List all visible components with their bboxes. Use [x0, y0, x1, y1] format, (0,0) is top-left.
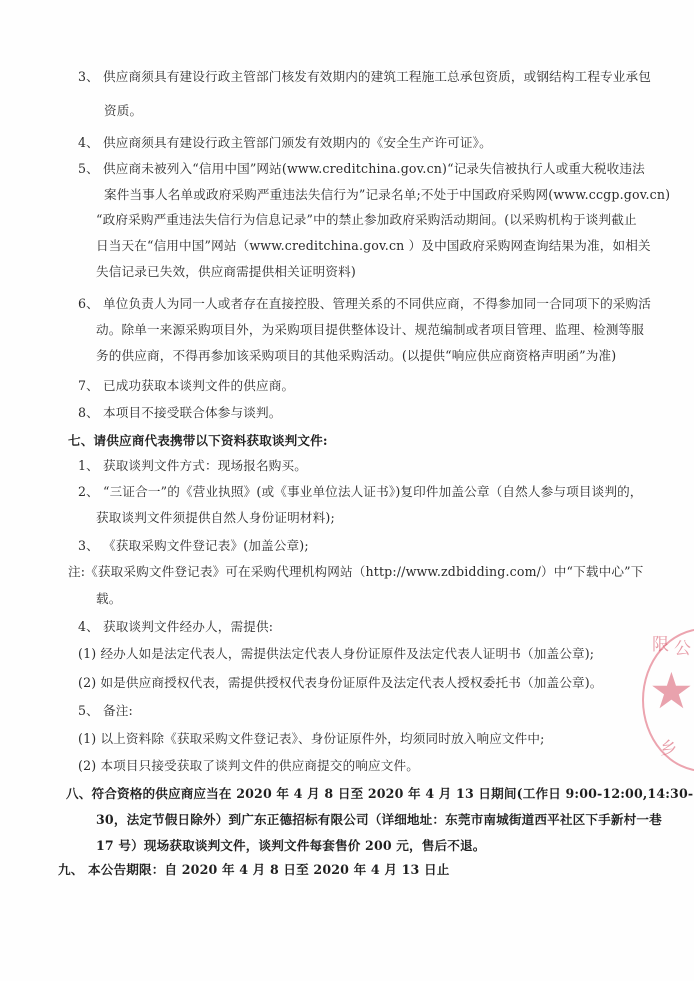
text-line: 载。 [96, 591, 122, 607]
text-line: (2) 本项目只接受获取了谈判文件的供应商提交的响应文件。 [78, 758, 419, 774]
text-line: 注:《获取采购文件登记表》可在采购代理机构网站（http://www.zdbid… [68, 564, 643, 580]
text-line: 失信记录已失效，供应商需提供相关证明资料) [96, 264, 356, 280]
section-heading-line: 九、 本公告期限：自 2020 年 4 月 8 日至 2020 年 4 月 13… [58, 862, 449, 878]
section-heading-line: 七、请供应商代表携带以下资料获取谈判文件: [68, 433, 328, 449]
text-line: (1) 经办人如是法定代表人，需提供法定代表人身份证原件及法定代表人证明书（加盖… [78, 646, 594, 662]
section-heading-line: 17 号）现场获取谈判文件，谈判文件每套售价 200 元，售后不退。 [96, 838, 486, 854]
stamp-char: 乡 [660, 734, 677, 759]
text-line: “政府采购严重违法失信行为信息记录”中的禁止参加政府采购活动期间。(以采购机构于… [96, 212, 637, 228]
text-line: 动。除单一来源采购项目外，为采购项目提供整体设计、规范编制或者项目管理、监理、检… [96, 322, 644, 338]
text-line: 4、 供应商须具有建设行政主管部门颁发有效期内的《安全生产许可证》。 [78, 135, 492, 151]
text-line: 6、 单位负责人为同一人或者存在直接控股、管理关系的不同供应商，不得参加同一合同… [78, 296, 651, 312]
section-heading-line: 八、符合资格的供应商应当在 2020 年 4 月 8 日至 2020 年 4 月… [66, 786, 694, 802]
text-line: 5、 备注: [78, 703, 133, 719]
text-line: 7、 已成功获取本谈判文件的供应商。 [78, 378, 294, 394]
section-heading-line: 30，法定节假日除外）到广东正德招标有限公司（详细地址：东莞市南城街道西平社区下… [96, 812, 662, 828]
document-page: 3、 供应商须具有建设行政主管部门核发有效期内的建筑工程施工总承包资质，或钢结构… [0, 0, 694, 981]
text-line: 3、 供应商须具有建设行政主管部门核发有效期内的建筑工程施工总承包资质，或钢结构… [78, 69, 651, 85]
text-line: 务的供应商，不得再参加该采购项目的其他采购活动。(以提供“响应供应商资格声明函”… [96, 348, 616, 364]
text-line: 1、 获取谈判文件方式：现场报名购买。 [78, 458, 307, 474]
text-line: 资质。 [104, 103, 142, 119]
text-line: 2、 “三证合一”的《营业执照》(或《事业单位法人证书》)复印件加盖公章（自然人… [78, 484, 643, 500]
text-line: 案件当事人名单或政府采购严重违法失信行为”记录名单;不处于中国政府采购网(www… [104, 187, 670, 203]
text-line: 4、 获取谈判文件经办人，需提供: [78, 619, 273, 635]
text-line: 日当天在“信用中国”网站（www.creditchina.gov.cn ）及中国… [96, 238, 651, 254]
text-line: (2) 如是供应商授权代表，需提供授权代表身份证原件及法定代表人授权委托书（加盖… [78, 675, 603, 691]
text-line: 3、 《获取采购文件登记表》(加盖公章); [78, 538, 309, 554]
text-line: 获取谈判文件须提供自然人身份证明材料); [96, 510, 335, 526]
stamp-char: 公 [674, 634, 691, 659]
text-line: (1) 以上资料除《获取采购文件登记表》、身份证原件外，均须同时放入响应文件中; [78, 731, 545, 747]
stamp-char: 限 [652, 630, 669, 655]
stamp-star-icon: ★ [649, 666, 694, 716]
text-line: 5、 供应商未被列入“信用中国”网站(www.creditchina.gov.c… [78, 161, 645, 177]
text-line: 8、 本项目不接受联合体参与谈判。 [78, 405, 281, 421]
